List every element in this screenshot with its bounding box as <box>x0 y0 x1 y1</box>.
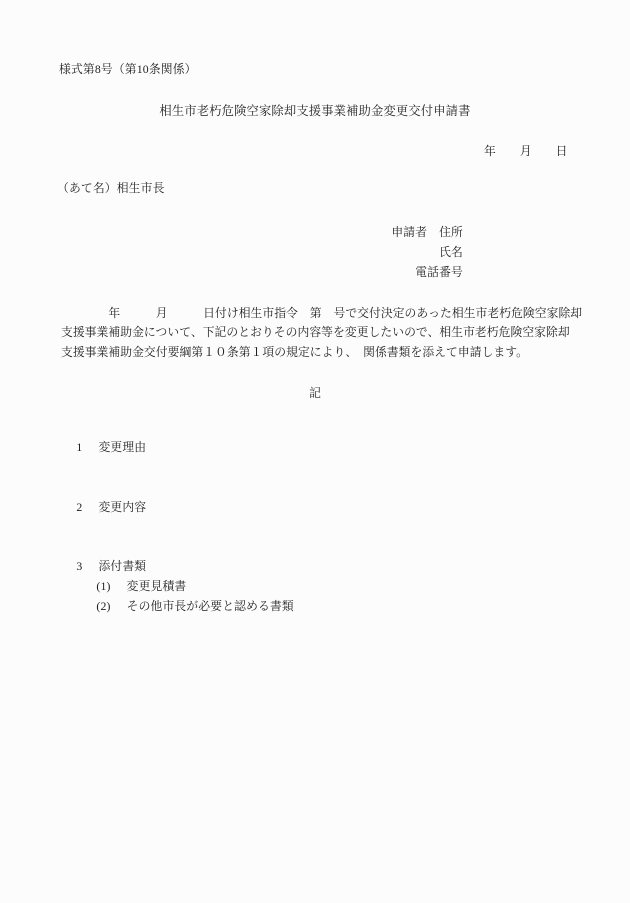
document-title: 相生市老朽危険空家除却支援事業補助金変更交付申請書 <box>0 103 630 119</box>
form-number: 様式第8号（第10条関係） <box>59 62 197 77</box>
sub-item-label: その他市長が必要と認める書類 <box>127 599 294 613</box>
list-item-label: 変更理由 <box>98 440 146 454</box>
applicant-block: 申請者 住所 氏名 電話番号 <box>391 222 463 282</box>
addressee-line: （あて名）相生市長 <box>57 181 165 196</box>
body-paragraph: 年 月 日付け相生市指令 第 号で交付決定のあった相生市老朽危険空家除却 支援事… <box>61 304 573 362</box>
applicant-name-line: 氏名 <box>391 242 463 262</box>
list-item-change-reason: 1変更理由 <box>64 425 146 470</box>
record-heading: 記 <box>0 385 630 401</box>
sub-item-other-documents: (2)その他市長が必要と認める書類 <box>84 584 294 629</box>
body-paragraph-line-2: 支援事業補助金について、下記のとおりその内容等を変更したいので、相生市老朽危険空… <box>61 323 573 342</box>
sub-item-number: (2) <box>96 599 110 613</box>
applicant-address-line: 申請者 住所 <box>391 222 463 242</box>
document-page: 様式第8号（第10条関係） 相生市老朽危険空家除却支援事業補助金変更交付申請書 … <box>0 0 630 903</box>
list-item-change-content: 2変更内容 <box>64 485 146 530</box>
body-paragraph-line-3: 支援事業補助金交付要綱第１０条第１項の規定により、 関係書類を添えて申請します。 <box>61 343 573 362</box>
date-line: 年 月 日 <box>484 144 568 159</box>
list-item-number: 2 <box>76 500 82 514</box>
list-item-label: 変更内容 <box>98 500 146 514</box>
list-item-number: 3 <box>76 559 82 573</box>
list-item-number: 1 <box>76 440 82 454</box>
body-paragraph-line-1: 年 月 日付け相生市指令 第 号で交付決定のあった相生市老朽危険空家除却 <box>61 304 573 323</box>
applicant-phone-line: 電話番号 <box>391 262 463 282</box>
